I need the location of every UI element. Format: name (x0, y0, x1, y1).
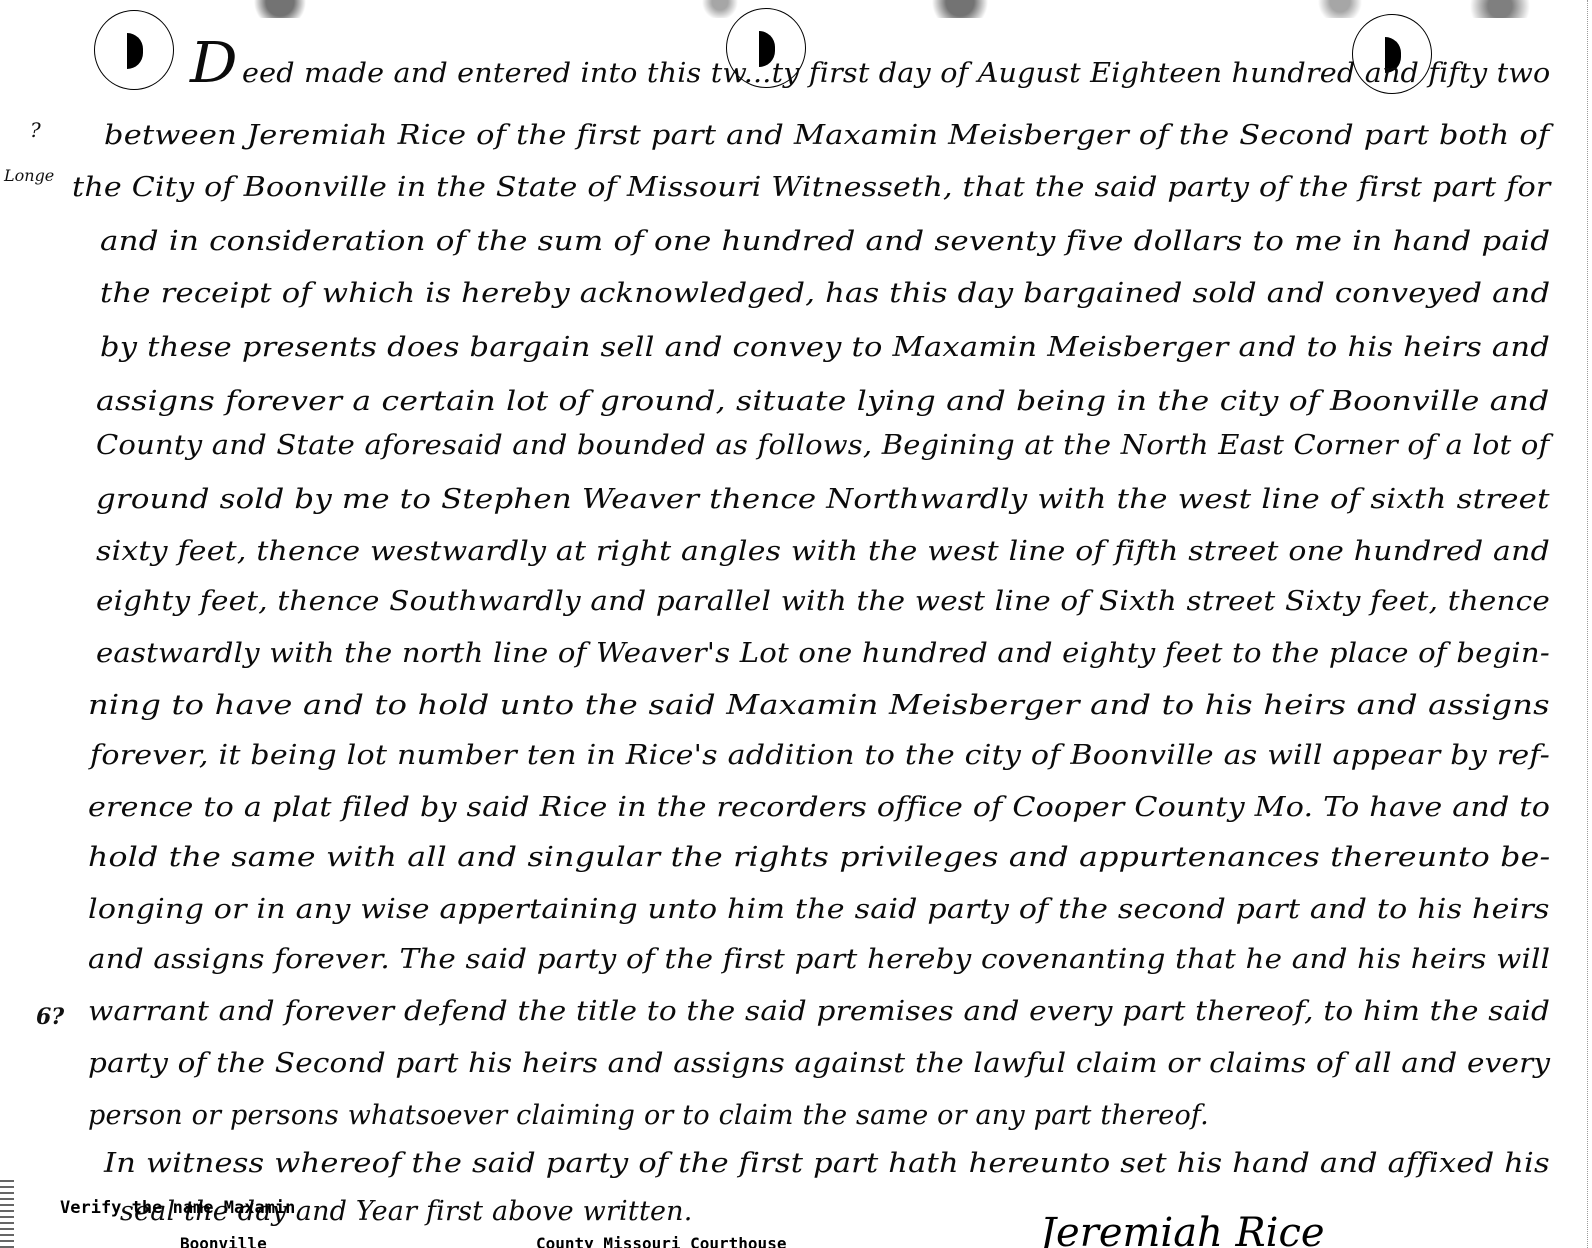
deed-line-22: In witness whereof the said party of the… (104, 1148, 1550, 1179)
deed-line-7: assigns forever a certain lot of ground,… (96, 386, 1549, 417)
deed-line-18: and assigns forever. The said party of t… (88, 944, 1550, 975)
deed-line-14: forever, it being lot number ten in Rice… (90, 740, 1550, 771)
deed-line-13: ning to have and to hold unto the said M… (88, 690, 1550, 721)
deed-line-11: eighty feet, thence Southwardly and para… (96, 586, 1550, 617)
deed-line-text: eed made and entered into this tw...ty f… (242, 58, 1550, 89)
scan-right-edge (1587, 0, 1592, 1248)
typed-footer-right: County Missouri Courthouse (536, 1234, 786, 1248)
punch-hole-left (94, 10, 174, 90)
deed-line-1: Deed made and entered into this tw...ty … (190, 58, 1550, 89)
typed-footer-left: Boonville (180, 1234, 267, 1248)
typed-verification-note: Verify the name Maxamin (60, 1198, 295, 1218)
drop-cap: D (190, 31, 238, 96)
deed-line-6: by these presents does bargain sell and … (100, 332, 1550, 363)
punch-hole-shadow (127, 33, 143, 69)
deed-line-2: between Jeremiah Rice of the first part … (104, 120, 1549, 151)
deed-line-15: erence to a plat filed by said Rice in t… (88, 792, 1550, 823)
deed-line-17: longing or in any wise appertaining unto… (88, 894, 1550, 925)
margin-note-longe: Longe (4, 166, 54, 185)
deed-line-19: warrant and forever defend the title to … (88, 996, 1550, 1027)
deed-line-16: hold the same with all and singular the … (88, 842, 1550, 873)
deed-line-3: the City of Boonville in the State of Mi… (72, 172, 1551, 203)
margin-note-question: ? (30, 118, 41, 142)
margin-note-number: 6? (36, 1004, 64, 1030)
deed-line-12: eastwardly with the north line of Weaver… (96, 638, 1550, 669)
deed-line-20: party of the Second part his heirs and a… (88, 1048, 1550, 1079)
deed-line-9: ground sold by me to Stephen Weaver then… (96, 484, 1550, 515)
deed-line-21: person or persons whatsoever claiming or… (88, 1100, 1209, 1131)
deed-line-8: County and State aforesaid and bounded a… (96, 430, 1549, 461)
scan-top-noise (0, 0, 1592, 18)
scan-left-edge (0, 1180, 14, 1248)
deed-line-10: sixty feet, thence westwardly at right a… (96, 536, 1550, 567)
deed-line-5: the receipt of which is hereby acknowled… (100, 278, 1550, 309)
signature-fragment: Jeremiah Rice (1040, 1210, 1325, 1248)
deed-line-4: and in consideration of the sum of one h… (100, 226, 1550, 257)
